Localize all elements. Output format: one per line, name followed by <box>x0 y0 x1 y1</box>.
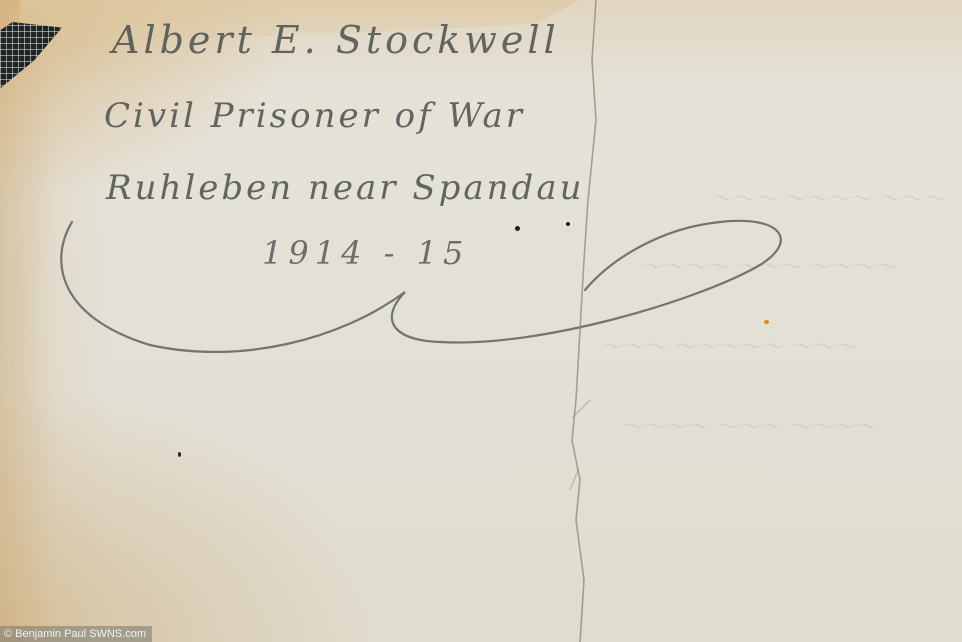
inscription-years: 1914 - 15 <box>262 234 469 272</box>
bleedthrough-text: ～～～～ ～～～ ～～～～ <box>640 250 896 281</box>
ink-dot <box>566 222 570 226</box>
inscription-status: Civil Prisoner of War <box>104 96 525 136</box>
ink-dot <box>178 452 181 457</box>
ink-dot <box>515 226 520 231</box>
bleedthrough-text: ～～～ ～～～～～ ～～～ <box>600 330 856 361</box>
inscription-name: Albert E. Stockwell <box>112 18 560 62</box>
cloth-binding-fragment <box>0 22 62 92</box>
bleedthrough-text: ～～～ ～～～～ ～～～ <box>710 182 944 213</box>
photo-credit: © Benjamin Paul SWNS.com <box>0 626 152 642</box>
inscription-location: Ruhleben near Spandau <box>106 168 585 208</box>
bleedthrough-text: ～～～～ ～～～ ～～～～ <box>620 410 876 441</box>
orange-spot <box>764 320 769 324</box>
document-photo: ～～～ ～～～～ ～～～ ～～～～ ～～～ ～～～～ ～～～ ～～～～～ ～～～… <box>0 0 962 642</box>
